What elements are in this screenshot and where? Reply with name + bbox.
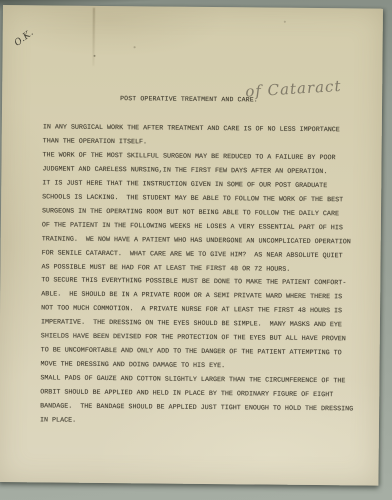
typed-body: IN ANY SURGICAL WORK THE AFTER TREATMENT…: [40, 121, 365, 431]
paper-crease: [92, 8, 95, 66]
ink-speck: [134, 46, 136, 48]
document-page: O.K. POST OPERATIVE TREATMENT AND CARE. …: [0, 5, 383, 486]
ink-speck: [94, 55, 96, 57]
ink-speck: [284, 21, 286, 23]
scanned-document: O.K. POST OPERATIVE TREATMENT AND CARE. …: [0, 0, 392, 500]
handwritten-ok-mark: O.K.: [13, 28, 36, 49]
handwritten-subject-note: of Cataract: [245, 77, 342, 101]
document-title: POST OPERATIVE TREATMENT AND CARE.: [120, 95, 258, 103]
